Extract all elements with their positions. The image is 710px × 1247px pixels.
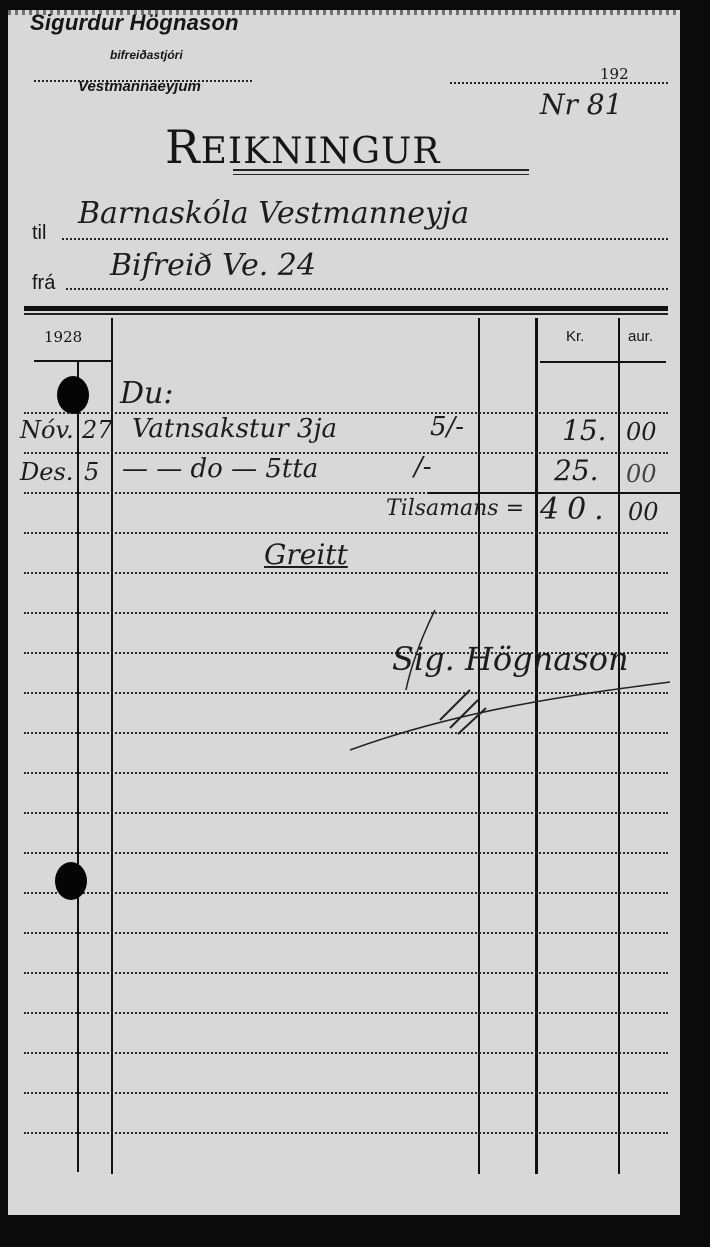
- row-line: [24, 1052, 668, 1054]
- row-2-day: 5: [84, 458, 99, 486]
- column-line-day: [77, 362, 79, 1172]
- row-line: [24, 772, 668, 774]
- signature-flourish: [340, 600, 680, 760]
- row-line: [24, 532, 668, 534]
- row-2-month: Des.: [20, 458, 73, 486]
- total-label: Tilsamans =: [386, 496, 524, 521]
- row-1-rate: 5/-: [430, 412, 464, 442]
- row-line: [24, 892, 668, 894]
- row-line: [24, 572, 668, 574]
- to-dotted-line: [62, 238, 668, 240]
- paid-stamp: Greitt: [264, 538, 348, 571]
- title-initial: R: [165, 120, 201, 174]
- from-label: frá: [32, 272, 55, 295]
- column-line-description: [111, 318, 113, 1174]
- company-name: Sigurdur Högnason: [30, 10, 239, 36]
- punch-hole: [57, 376, 89, 414]
- year-header-rule: [34, 360, 112, 362]
- row-line: [24, 1092, 668, 1094]
- to-label: til: [32, 222, 46, 245]
- row-1-description: Vatnsakstur 3ja: [132, 414, 337, 444]
- document-title: REIKNINGUR: [165, 120, 440, 174]
- row-1-month: Nóv.: [20, 416, 74, 444]
- title-underline-thin: [233, 174, 529, 175]
- header-kr: Kr.: [566, 328, 584, 345]
- date-year-prefix: 192: [600, 65, 629, 83]
- row-line: [24, 932, 668, 934]
- row-1-aur: 00: [626, 418, 657, 446]
- row-1-kr: 15.: [562, 414, 607, 447]
- company-place: Vestmannaeyjum: [78, 78, 201, 95]
- row-2-description: — — do — 5tta: [122, 454, 318, 484]
- row-1-day: 27: [82, 416, 113, 444]
- table-top-rule-thin: [24, 313, 668, 315]
- row-2-kr: 25.: [554, 454, 599, 487]
- title-rest: EIKNINGUR: [201, 131, 441, 172]
- punch-hole: [55, 862, 87, 900]
- header-aur: aur.: [628, 328, 653, 345]
- company-profession: bifreiðastjóri: [110, 48, 183, 62]
- opening-du: Du:: [120, 376, 173, 411]
- invoice-number: Nr 81: [540, 88, 622, 121]
- from-value: Bifreið Ve. 24: [110, 248, 316, 283]
- row-line: [24, 1132, 668, 1134]
- total-aur: 00: [628, 498, 659, 526]
- row-line: [24, 1012, 668, 1014]
- to-value: Barnaskóla Vestmanneyja: [78, 196, 469, 231]
- total-kr: 40.: [540, 492, 612, 527]
- table-top-rule: [24, 306, 668, 311]
- date-dotted-line: [450, 82, 668, 84]
- row-line: [24, 852, 668, 854]
- row-line: [24, 812, 668, 814]
- from-dotted-line: [66, 288, 668, 290]
- row-2-aur: 00: [626, 460, 657, 488]
- amount-header-rule: [540, 361, 666, 363]
- row-2-rate: /-: [414, 452, 432, 482]
- title-underline: [233, 169, 529, 171]
- table-year: 1928: [44, 328, 82, 346]
- row-line: [24, 972, 668, 974]
